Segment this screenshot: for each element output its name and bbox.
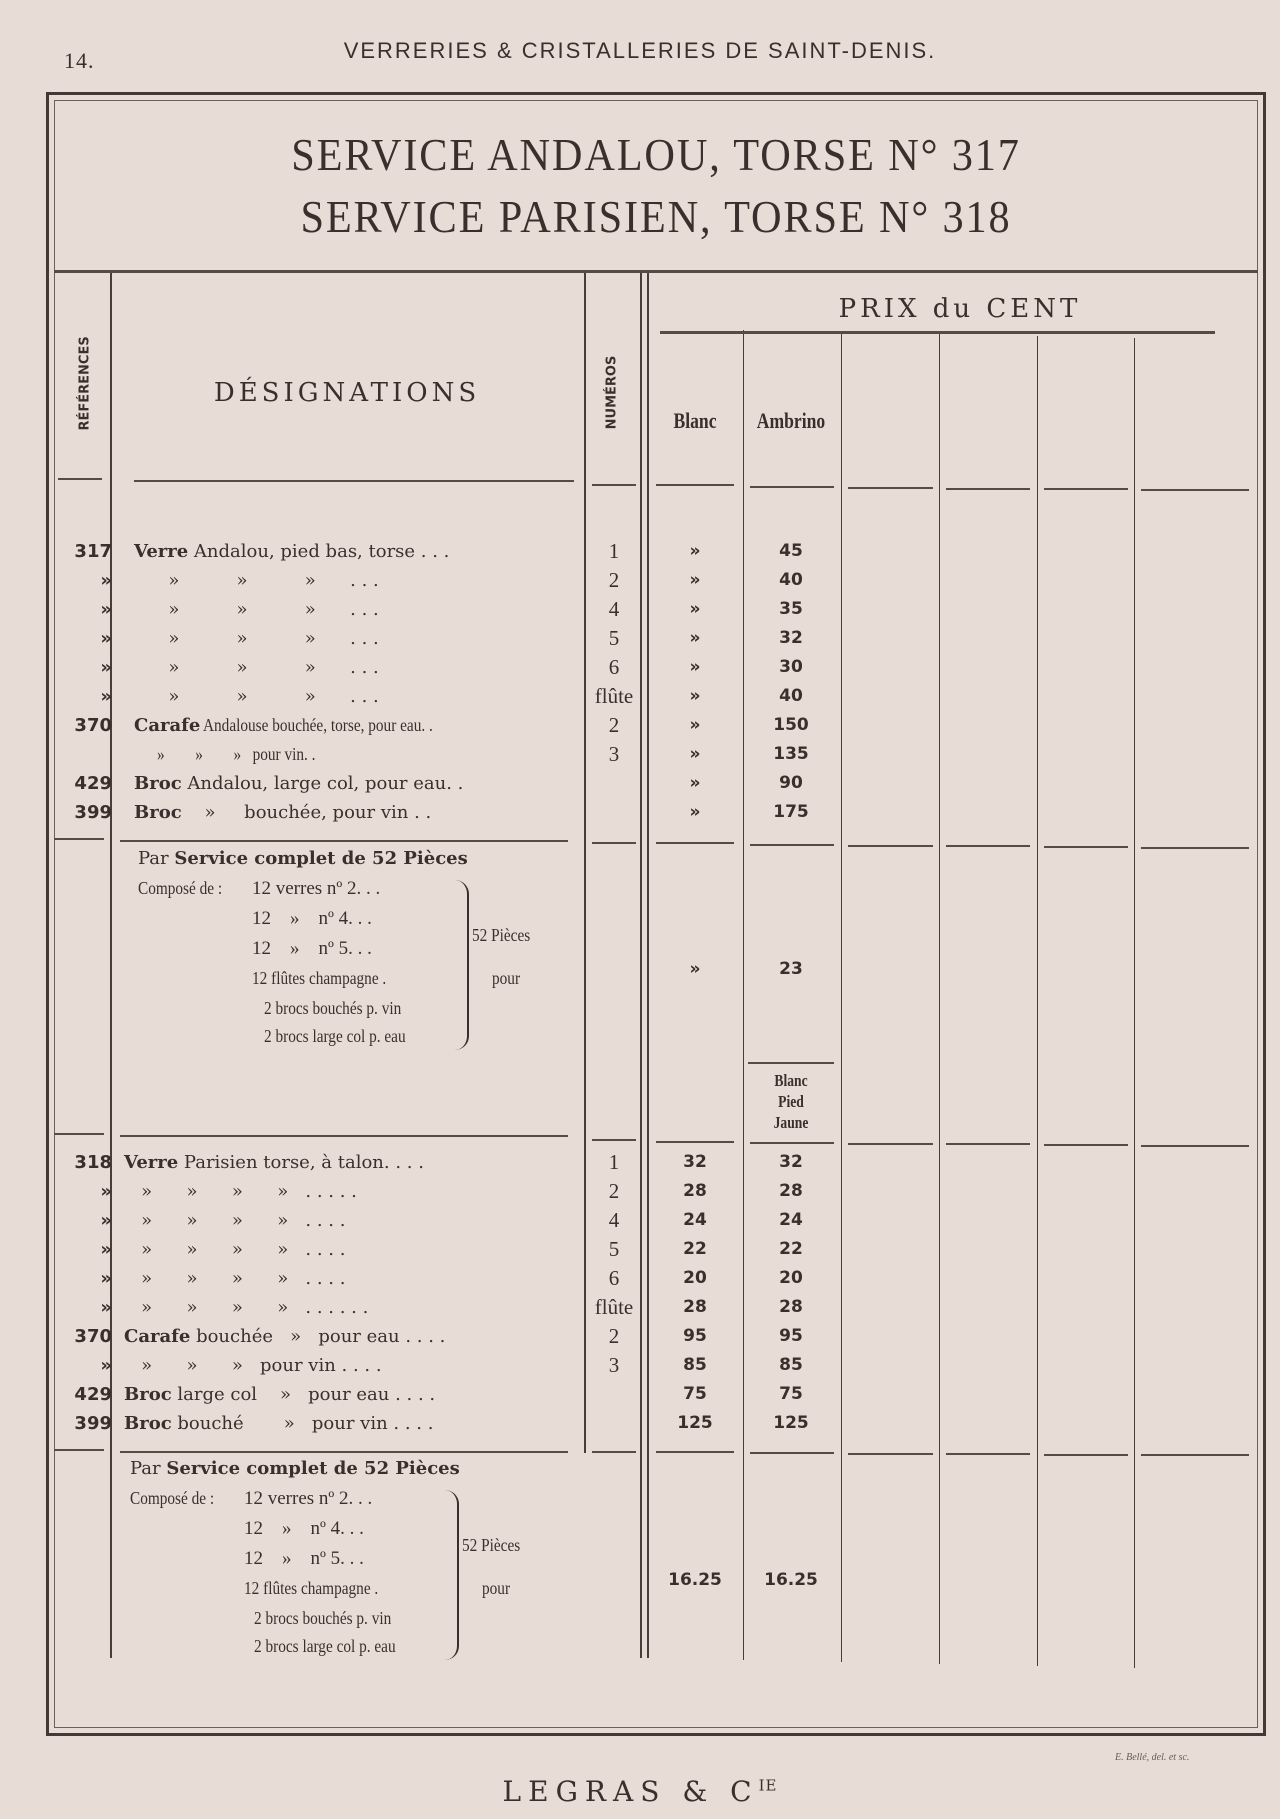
service-price-blanc: » [648,955,742,984]
service-title: Par Service complet de 52 Pièces [130,1458,460,1479]
row-numero: 1 [585,1148,643,1177]
row-numero: 2 [585,566,643,595]
row-item-desc: » » » » . . . . [124,1210,345,1231]
brace-label: 52 Pièces [472,925,540,947]
row-price-ambrino: 32 [742,624,840,653]
row-numero: flûte [585,682,643,711]
row-item-desc: » » » . . . [134,657,379,678]
row-item-desc: bouché » pour vin . . . . [172,1413,434,1434]
row-price-blanc: 95 [648,1322,742,1351]
row-price-blanc: 28 [648,1177,742,1206]
row-price-blanc: 20 [648,1264,742,1293]
row-reference: » [52,1351,112,1380]
section-rule [1044,1144,1128,1146]
row-numero: 6 [585,1264,643,1293]
service-complet-317: Par Service complet de 52 Pièces [138,848,468,869]
table-row: » » » » » . . . . 4 24 24 [0,1206,1280,1235]
row-price-blanc: 125 [648,1409,742,1438]
row-item-desc: » » » » . . . . . . [124,1297,368,1318]
subheader-rule [748,1062,834,1064]
brace-label: 52 Pièces [462,1535,530,1557]
section-rule [750,1452,834,1454]
row-designation: Broc » bouchée, pour vin . . [134,798,574,827]
section-rule [1141,1454,1249,1456]
table-row: 317 Verre Andalou, pied bas, torse . . .… [0,537,1280,566]
row-reference: » [52,1235,112,1264]
compose-item: 2 brocs large col p. eau [264,1026,431,1048]
table-row: » » » pour vin. . 3 » 135 [0,740,1280,769]
section-rule [946,1453,1030,1455]
row-reference: » [52,1293,112,1322]
row-designation: » » » pour vin. . [134,740,574,769]
section-rule [1141,847,1249,849]
prix-brace-rule [660,331,1215,334]
section-rule [1044,846,1128,848]
service-price-ambrino: 23 [742,955,840,984]
row-reference: 370 [52,711,112,740]
row-price-blanc: 75 [648,1380,742,1409]
row-price-blanc: » [648,566,742,595]
row-designation: » » » » . . . . [124,1235,564,1264]
row-price-blanc-pied-jaune: 22 [742,1235,840,1264]
row-item-desc: » » » » . . . . [124,1239,345,1260]
service-price-blanc-pied-jaune: 16.25 [742,1566,840,1595]
right-brace-icon [455,880,469,1050]
service-title-bold: Service complet de 52 Pièces [166,1458,459,1479]
row-item-desc: Parisien torse, à talon. . . . [178,1152,424,1173]
column-rule-numeros-1 [640,273,642,1658]
row-reference: 317 [52,537,112,566]
compose-item-text: 2 brocs large col p. eau [254,1636,396,1657]
row-price-ambrino: 30 [742,653,840,682]
row-item-desc: » » » . . . [134,570,379,591]
compose-item-text: 2 brocs bouchés p. vin [264,998,401,1019]
row-numero: 3 [585,1351,643,1380]
table-row: 318 Verre Parisien torse, à talon. . . .… [0,1148,1280,1177]
page-title-line-2: SERVICE PARISIEN, TORSE N° 318 [102,190,1210,243]
section-rule [592,842,636,844]
header-rule [1141,489,1249,491]
brace-label-text: 52 Pièces [472,925,530,946]
table-row: » » » » . . . 4 » 35 [0,595,1280,624]
header-rule [848,487,933,489]
row-reference: » [52,653,112,682]
row-item-desc: » » » . . . [134,628,379,649]
table-row: » » » » pour vin . . . . 3 85 85 [0,1351,1280,1380]
row-designation: Broc bouché » pour vin . . . . [124,1409,564,1438]
row-item-desc: bouchée » pour eau . . . . [190,1326,445,1347]
row-reference: 399 [52,1409,112,1438]
row-price-blanc-pied-jaune: 95 [742,1322,840,1351]
row-designation: » » » . . . [134,595,574,624]
table-row: » » » » » . . . . . . flûte 28 28 [0,1293,1280,1322]
header-blanc-pied-jaune-line: Jaune [752,1112,830,1133]
header-rule [946,488,1030,490]
section-rule [946,845,1030,847]
row-item-desc: » bouchée, pour vin . . [182,802,432,823]
section-rule [750,1142,834,1144]
header-prix-du-cent: PRIX du CENT [660,294,1260,324]
row-reference: » [52,566,112,595]
row-item-desc: Andalou, pied bas, torse . . . [188,541,449,562]
row-price-blanc: 24 [648,1206,742,1235]
section-rule [54,1449,104,1451]
service-title-prefix: Par [138,848,174,869]
page-title-line-1: SERVICE ANDALOU, TORSE N° 317 [102,128,1210,181]
row-designation: » » » » . . . . . . [124,1293,564,1322]
row-designation: » » » pour vin . . . . [124,1351,564,1380]
service-title: Par Service complet de 52 Pièces [138,848,468,869]
brace-label: pour [492,968,525,990]
row-designation: Broc large col » pour eau . . . . [124,1380,564,1409]
row-price-blanc-pied-jaune: 75 [742,1380,840,1409]
service-title-prefix: Par [130,1458,166,1479]
section-rule [1141,1145,1249,1147]
section-rule [946,1143,1030,1145]
column-rule-ambrino [841,332,842,1662]
compose-item: 2 brocs large col p. eau [254,1636,421,1658]
row-price-ambrino: 40 [742,682,840,711]
row-numero: 5 [585,624,643,653]
table-row: 429 Broc large col » pour eau . . . . 75… [0,1380,1280,1409]
brace-label: pour [482,1578,515,1600]
brace-label-text: 52 Pièces [462,1535,520,1556]
row-item-desc: » » » pour vin. . [134,740,315,769]
title-divider [54,270,1258,273]
compose-item: 12 » nº 5. . . [244,1548,364,1570]
row-price-ambrino: 40 [742,566,840,595]
row-item-desc: » » » . . . [134,599,379,620]
row-price-blanc-pied-jaune: 20 [742,1264,840,1293]
section-rule [656,842,734,844]
row-reference: » [52,1177,112,1206]
row-price-ambrino: 175 [742,798,840,827]
header-rule [656,484,734,486]
compose-item: 12 » nº 4. . . [244,1518,364,1540]
header-rule [592,484,636,486]
row-designation: » » » » . . . . [124,1264,564,1293]
row-price-ambrino: 135 [742,740,840,769]
section-rule [656,1451,734,1453]
header-rule [750,486,834,488]
table-row: 399 Broc » bouchée, pour vin . . » 175 [0,798,1280,827]
compose-item: 12 verres nº 2. . . [252,878,380,900]
row-price-blanc-pied-jaune: 32 [742,1148,840,1177]
row-price-blanc: » [648,595,742,624]
publisher-name: LEGRAS & C [503,1775,759,1808]
table-row: » » » » » . . . . 5 22 22 [0,1235,1280,1264]
row-price-ambrino: 35 [742,595,840,624]
inner-frame [54,100,1258,1728]
row-numero: 2 [585,711,643,740]
row-price-blanc-pied-jaune: 125 [742,1409,840,1438]
compose-item: 12 flûtes champagne . [252,968,410,990]
compose-label: Composé de : [138,878,237,900]
service-title-bold: Service complet de 52 Pièces [174,848,467,869]
column-rule-ref [110,273,112,1658]
row-numero: 1 [585,537,643,566]
row-numero: 4 [585,595,643,624]
row-designation: Verre Andalou, pied bas, torse . . . [134,537,574,566]
section-rule [1044,1454,1128,1456]
table-row: » » » » . . . flûte » 40 [0,682,1280,711]
section-rule [120,1451,568,1453]
column-rule-4 [1037,336,1038,1666]
row-designation: » » » . . . [134,624,574,653]
row-price-blanc: 32 [648,1148,742,1177]
header-rule [58,478,102,480]
table-row: 399 Broc bouché » pour vin . . . . 125 1… [0,1409,1280,1438]
compose-item: 12 » nº 4. . . [252,908,372,930]
service-price-blanc: 16.25 [648,1566,742,1595]
row-item-desc: Andalou, large col, pour eau. . [182,773,464,794]
compose-item-text: 2 brocs bouchés p. vin [254,1608,391,1629]
row-reference: » [52,595,112,624]
row-reference: 370 [52,1322,112,1351]
row-numero: 2 [585,1322,643,1351]
row-item-desc: large col » pour eau . . . . [172,1384,435,1405]
publisher-suffix: IE [759,1777,778,1795]
service-complet-318: Par Service complet de 52 Pièces [130,1458,460,1479]
publisher-footer: LEGRAS & CIE [0,1775,1280,1808]
row-designation: » » » . . . [134,566,574,595]
row-item-type: Carafe [134,715,200,736]
compose-label: Composé de : [130,1488,229,1510]
table-row: » » » » » . . . . . 2 28 28 [0,1177,1280,1206]
row-price-blanc: » [648,682,742,711]
table-row: » » » » . . . 6 » 30 [0,653,1280,682]
running-head: VERRERIES & CRISTALLERIES DE SAINT-DENIS… [0,38,1280,64]
row-numero: 2 [585,1177,643,1206]
engraver-signature: E. Bellé, del. et sc. [1115,1752,1189,1763]
row-price-blanc-pied-jaune: 24 [742,1206,840,1235]
header-blanc-pied-jaune-line: Blanc [752,1070,830,1091]
column-rule-blanc [743,330,744,1660]
right-brace-icon [445,1490,459,1660]
row-designation: Carafe Andalouse bouchée, torse, pour ea… [134,711,574,740]
row-item-type: Carafe [124,1326,190,1347]
row-item-type: Broc [124,1413,172,1434]
compose-item-text: 12 flûtes champagne . [252,968,386,989]
section-rule [592,1451,636,1453]
row-price-blanc: 22 [648,1235,742,1264]
section-rule [848,1143,933,1145]
row-reference: » [52,1264,112,1293]
header-rule [134,480,574,482]
header-blanc: Blanc [657,408,732,434]
row-price-blanc-pied-jaune: 85 [742,1351,840,1380]
row-designation: Verre Parisien torse, à talon. . . . [124,1148,564,1177]
header-references: RÉFÉRENCES [78,341,93,431]
header-ambrino: Ambrino [752,408,830,434]
row-price-blanc: » [648,624,742,653]
column-rule-3 [939,334,940,1664]
row-price-blanc: » [648,798,742,827]
compose-label-text: Composé de : [130,1488,214,1509]
compose-item-text: 12 flûtes champagne . [244,1578,378,1599]
header-numeros: NUMÉROS [605,348,620,438]
row-reference: 318 [52,1148,112,1177]
row-price-ambrino: 150 [742,711,840,740]
compose-item: 12 verres nº 2. . . [244,1488,372,1510]
table-row: » » » » . . . 5 » 32 [0,624,1280,653]
table-row: » » » » . . . 2 » 40 [0,566,1280,595]
row-numero: 5 [585,1235,643,1264]
section-rule [54,1133,104,1135]
row-item-type: Verre [134,541,188,562]
table-row: 370 Carafe Andalouse bouchée, torse, pou… [0,711,1280,740]
brace-label-text: pour [482,1578,510,1599]
row-price-blanc: 85 [648,1351,742,1380]
row-price-blanc-pied-jaune: 28 [742,1177,840,1206]
row-reference: » [52,1206,112,1235]
row-designation: Carafe bouchée » pour eau . . . . [124,1322,564,1351]
table-row: 370 Carafe bouchée » pour eau . . . . 2 … [0,1322,1280,1351]
section-rule [848,1453,933,1455]
row-price-blanc: » [648,537,742,566]
row-reference: 399 [52,798,112,827]
row-item-desc: » » » » . . . . . [124,1181,357,1202]
compose-item: 12 » nº 5. . . [252,938,372,960]
section-rule [120,840,568,842]
header-blanc-pied-jaune-line: Pied [752,1091,830,1112]
row-price-blanc: » [648,769,742,798]
row-item-type: Broc [134,773,182,794]
table-row: 429 Broc Andalou, large col, pour eau. .… [0,769,1280,798]
row-numero: 4 [585,1206,643,1235]
row-item-desc: » » » » . . . . [124,1268,345,1289]
row-item-type: Broc [134,802,182,823]
section-rule [750,844,834,846]
row-reference: » [52,682,112,711]
row-price-blanc: » [648,653,742,682]
row-price-blanc: » [648,740,742,769]
section-rule [656,1141,734,1143]
row-item-desc: » » » . . . [134,686,379,707]
section-rule [592,1139,636,1141]
row-price-blanc-pied-jaune: 28 [742,1293,840,1322]
table-row: » » » » » . . . . 6 20 20 [0,1264,1280,1293]
row-designation: » » » . . . [134,682,574,711]
row-item-type: Verre [124,1152,178,1173]
section-rule [848,845,933,847]
row-reference: 429 [52,769,112,798]
row-price-blanc: 28 [648,1293,742,1322]
row-designation: » » » . . . [134,653,574,682]
section-rule [120,1135,568,1137]
brace-label-text: pour [492,968,520,989]
compose-item: 2 brocs bouchés p. vin [254,1608,415,1630]
row-item-type: Broc [124,1384,172,1405]
row-designation: » » » » . . . . . [124,1177,564,1206]
row-numero: 6 [585,653,643,682]
row-item-desc: » » » pour vin . . . . [124,1355,382,1376]
section-rule [54,838,104,840]
compose-item-text: 2 brocs large col p. eau [264,1026,406,1047]
row-designation: » » » » . . . . [124,1206,564,1235]
row-numero: 3 [585,740,643,769]
header-rule [1044,488,1128,490]
row-price-blanc: » [648,711,742,740]
row-numero: flûte [585,1293,643,1322]
row-price-ambrino: 90 [742,769,840,798]
header-designations: DÉSIGNATIONS [112,378,582,408]
compose-item: 12 flûtes champagne . [244,1578,402,1600]
compose-label-text: Composé de : [138,878,222,899]
compose-item: 2 brocs bouchés p. vin [264,998,425,1020]
header-blanc-pied-jaune: Blanc Pied Jaune [752,1070,830,1133]
row-designation: Broc Andalou, large col, pour eau. . [134,769,574,798]
row-price-ambrino: 45 [742,537,840,566]
row-item-desc: Andalouse bouchée, torse, pour eau. . [200,711,433,740]
row-reference: » [52,624,112,653]
row-reference: 429 [52,1380,112,1409]
